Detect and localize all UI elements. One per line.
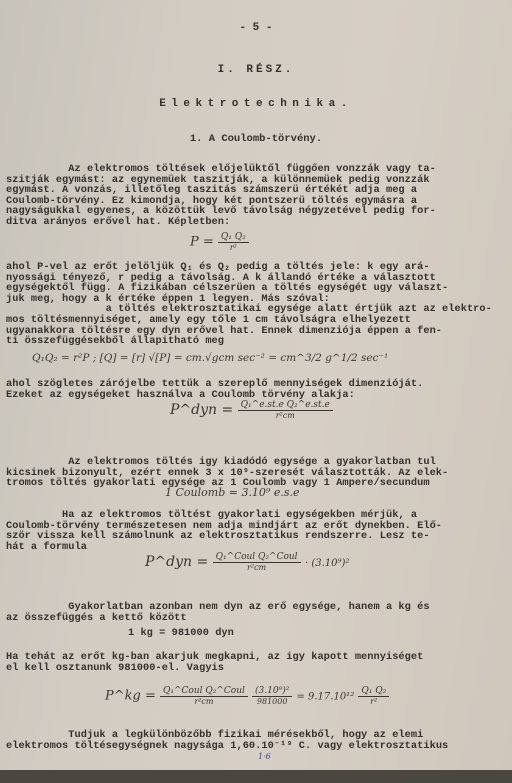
page-bottom-edge <box>0 770 512 783</box>
handwritten-correction: 1·6 <box>258 752 271 761</box>
text-line: mos töltésmennyiséget, amely egy tőle 1 … <box>6 315 411 326</box>
formula-dyn-ese: P^dyn = Q₁^e.st.e Q₂^e.st.er²cm <box>170 400 333 420</box>
text-line: ti összefüggésekből állapitható meg <box>6 336 224 347</box>
formula-kg: P^kg = Q₁^Coul Q₂^Coulr²cm (3.10⁹)²98100… <box>105 686 389 706</box>
text-line: Ezeket az egységeket használva a Coulomb… <box>6 390 355 401</box>
formula-dyn-coul: P^dyn = Q₁^Coul Q₂^Coulr²cm · (3.10⁹)² <box>145 552 349 572</box>
text-line: ditva arányos erővel hat. Képletben: <box>6 217 230 228</box>
text-line: Gyakorlatban azonban nem dyn az erő egys… <box>6 602 430 613</box>
text-line: az összefüggés a kettő között <box>6 613 187 624</box>
part-title: I. RÉSZ. <box>0 64 512 76</box>
formula-dimensions: Q₁Q₂ = r²P ; [Q] = [r] √[P] = cm.√gcm se… <box>32 352 388 364</box>
page-number: - 5 - <box>0 22 512 34</box>
text-line: Tudjuk a legkülönbözőbb fizikai mérésekb… <box>6 730 423 741</box>
text-line: Az elektromos töltés igy kiadódó egysége… <box>6 457 436 468</box>
document-page: - 5 - I. RÉSZ. Elektrotechnika. 1. A Cou… <box>0 0 512 770</box>
equation-kg-dyn: 1 kg = 981000 dyn <box>128 628 234 639</box>
text-line: Az elektromos töltések előjelüktől függő… <box>6 164 436 175</box>
section-title: 1. A Coulomb-törvény. <box>0 133 512 145</box>
text-line: hát a formula <box>6 542 87 553</box>
text-line: Ha tehát az erőt kg-ban akarjuk megkapni… <box>6 652 423 663</box>
chapter-title: Elektrotechnika. <box>0 98 512 110</box>
text-line: Ha az elektromos töltést gyakorlati egys… <box>6 510 417 521</box>
formula-coulomb-ese: 1 Coulomb = 3.10⁹ e.s.e <box>165 486 300 499</box>
text-line: ahol szögletes zárójelbe tettük a szerep… <box>6 379 423 390</box>
text-line: el kell osztanunk 981000-el. Vagyis <box>6 663 224 674</box>
text-line: ahol P-vel az erőt jelöljük Q₁ és Q₂ ped… <box>6 262 430 273</box>
formula-coulomb-basic: P = Q₁ Q₂r² <box>190 232 249 252</box>
text-line: elektromos töltésegységnek nagysága 1,60… <box>6 741 448 752</box>
